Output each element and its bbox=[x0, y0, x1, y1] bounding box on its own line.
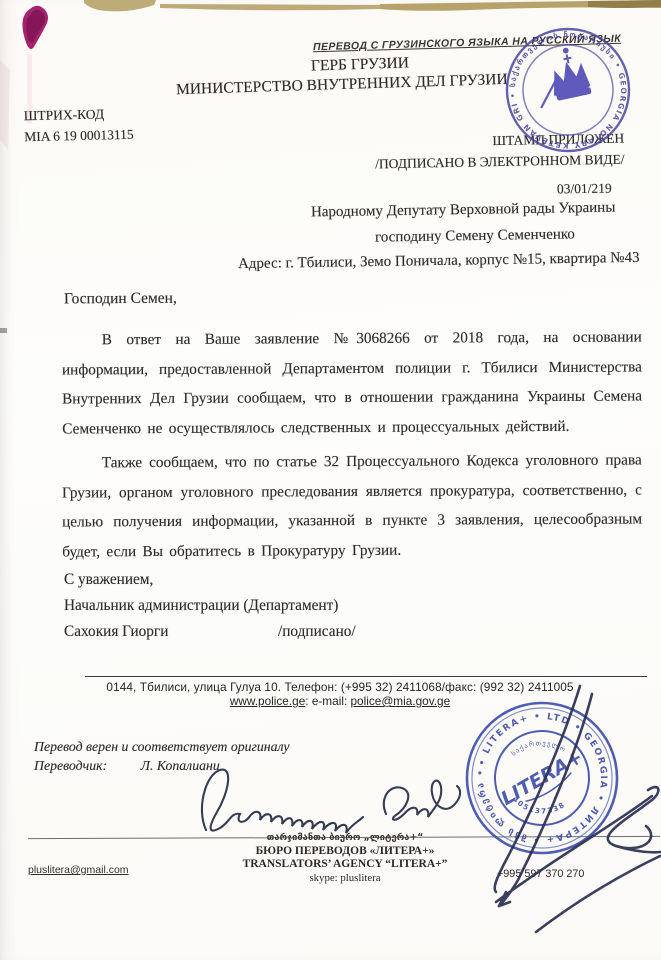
closing-name: Сахокия Гиорги bbox=[64, 623, 168, 640]
signed-note: /подписано/ bbox=[278, 623, 356, 641]
closing-regards: С уважением, bbox=[64, 571, 153, 589]
scan-edge-tan-left bbox=[84, 0, 156, 11]
barcode-block: ШТРИХ-КОД MIA 6 19 00013115 bbox=[24, 103, 134, 147]
left-edge-smudge bbox=[0, 60, 10, 150]
office-website: www.police.ge bbox=[230, 694, 305, 708]
notary-stamp: • საქართველოს ნოტარიუსი • GEORGIA NOTARY… bbox=[478, 18, 654, 168]
director-signature bbox=[440, 640, 661, 960]
body-paragraph-1: В ответ на Ваше заявление №3068266 от 20… bbox=[62, 322, 643, 443]
left-edge-mark bbox=[0, 328, 7, 333]
office-contact-separator: : e-mail: bbox=[305, 694, 350, 708]
scan-edge-tan-mid bbox=[160, 4, 380, 10]
salutation: Господин Семен, bbox=[64, 290, 177, 309]
doc-heading-line1: ГЕРБ ГРУЗИИ bbox=[311, 54, 409, 75]
scanned-letter-page: ПЕРЕВОД С ГРУЗИНСКОГО ЯЗЫКА НА РУССКИЙ Я… bbox=[0, 0, 661, 960]
scan-edge-tan-dark bbox=[588, 0, 661, 8]
office-email: police@mia.gov.ge bbox=[351, 694, 451, 708]
translator-signature bbox=[190, 748, 480, 848]
agency-email: pluslitera@gmail.com bbox=[28, 864, 129, 876]
recipient-line2: господину Семену Семенченко bbox=[375, 226, 575, 246]
doc-date: 03/01/219 bbox=[557, 181, 612, 198]
barcode-label: ШТРИХ-КОД bbox=[24, 103, 134, 126]
body-paragraph-2: Также сообщаем, что по статье 32 Процесс… bbox=[62, 445, 643, 566]
translator-label: Переводчик: bbox=[34, 758, 107, 773]
barcode-value: MIA 6 19 00013115 bbox=[24, 124, 134, 147]
closing-name-row: Сахокия Гиорги /подписано/ bbox=[64, 623, 168, 641]
closing-position: Начальник администрации (Департамент) bbox=[64, 597, 338, 615]
